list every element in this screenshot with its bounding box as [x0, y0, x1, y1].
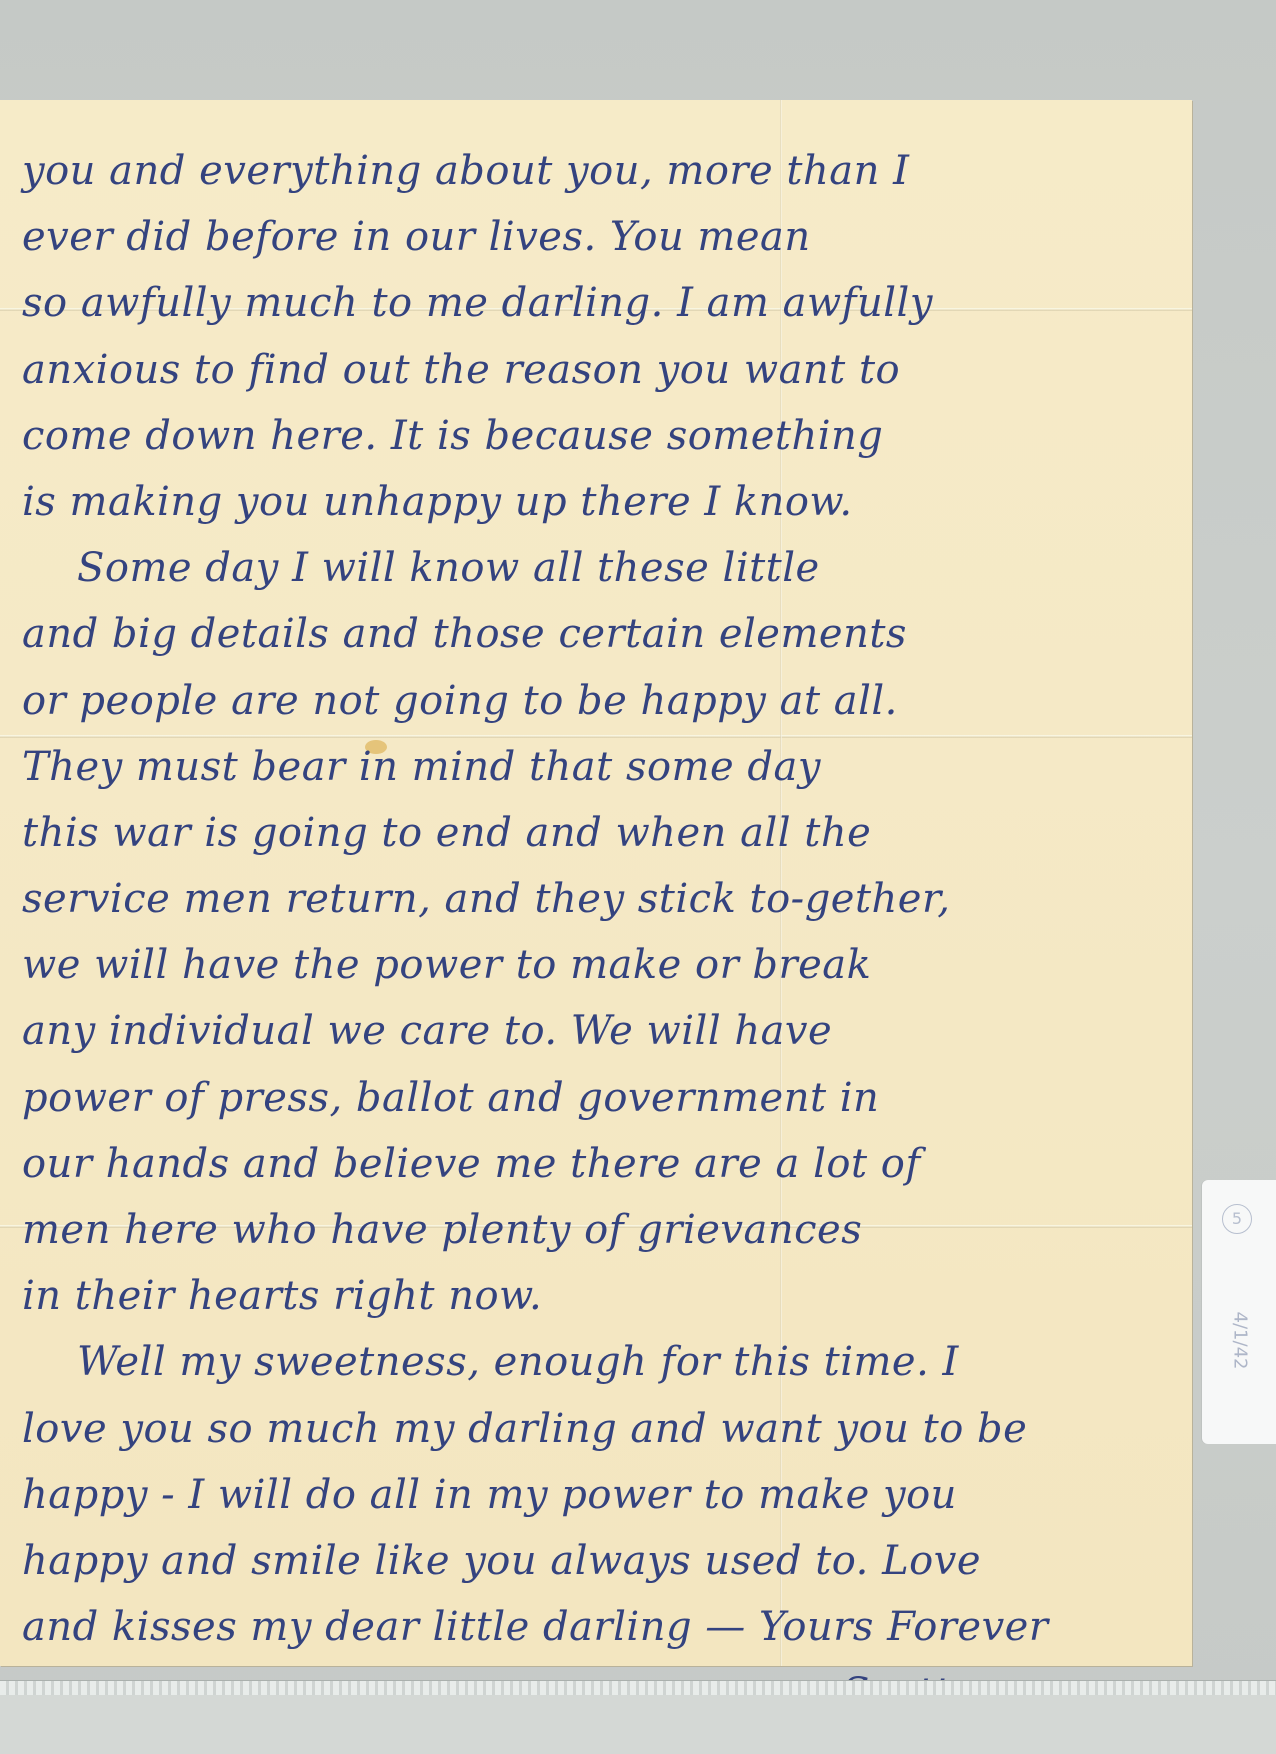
letter-line: and big details and those certain elemen…	[22, 601, 1172, 667]
letter-line: ever did before in our lives. You mean	[22, 204, 1172, 270]
letter-line: our hands and believe me there are a lot…	[22, 1131, 1172, 1197]
letter-line: happy - I will do all in my power to mak…	[22, 1462, 1172, 1528]
letter-line: and kisses my dear little darling — Your…	[22, 1594, 1172, 1660]
letter-line: Well my sweetness, enough for this time.…	[22, 1329, 1172, 1395]
letter-body: you and everything about you, more than …	[22, 138, 1172, 1727]
letter-line: we will have the power to make or break	[22, 932, 1172, 998]
letter-line: power of press, ballot and government in	[22, 1065, 1172, 1131]
letter-line: any individual we care to. We will have	[22, 998, 1172, 1064]
archive-label: 5 4/1/42	[1202, 1180, 1276, 1444]
page-number-badge: 5	[1222, 1204, 1252, 1234]
letter-line: in their hearts right now.	[22, 1263, 1172, 1329]
letter-line: love you so much my darling and want you…	[22, 1396, 1172, 1462]
label-date: 4/1/42	[1230, 1291, 1251, 1391]
letter-line: Some day I will know all these little	[22, 535, 1172, 601]
letter-line: service men return, and they stick to-ge…	[22, 866, 1172, 932]
letter-line: They must bear in mind that some day	[22, 734, 1172, 800]
letter-line: you and everything about you, more than …	[22, 138, 1172, 204]
letter-line: is making you unhappy up there I know.	[22, 469, 1172, 535]
letter-line: this war is going to end and when all th…	[22, 800, 1172, 866]
letter-line: happy and smile like you always used to.…	[22, 1528, 1172, 1594]
letter-line: or people are not going to be happy at a…	[22, 668, 1172, 734]
letter-page: you and everything about you, more than …	[0, 100, 1192, 1666]
sleeve-seam	[0, 1680, 1276, 1696]
sleeve-margin	[0, 1695, 1276, 1754]
letter-line: so awfully much to me darling. I am awfu…	[22, 270, 1172, 336]
letter-line: anxious to find out the reason you want …	[22, 337, 1172, 403]
letter-line: men here who have plenty of grievances	[22, 1197, 1172, 1263]
letter-line: come down here. It is because something	[22, 403, 1172, 469]
